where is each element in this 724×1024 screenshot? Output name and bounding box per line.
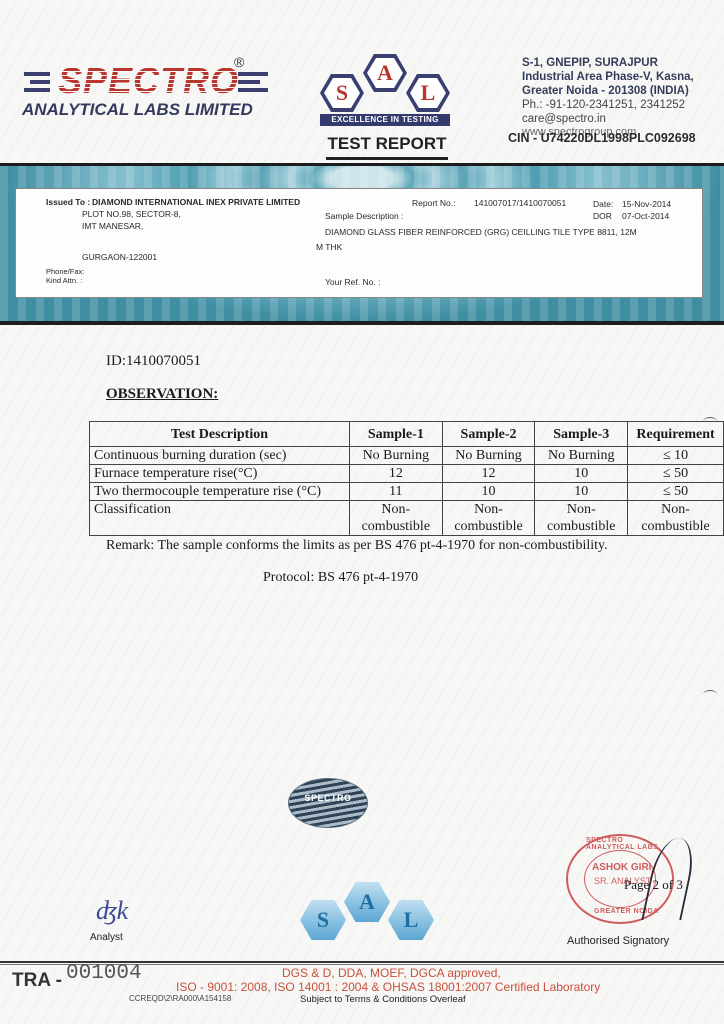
hologram-seal: SPECTRO	[288, 778, 368, 828]
sample-id: ID:1410070051	[106, 353, 201, 370]
value-cell: 10	[442, 483, 535, 501]
phone-number: Ph.: -91-120-2341251, 2341252	[522, 98, 722, 112]
test-description-cell: Two thermocouple temperature rise (°C)	[90, 483, 350, 501]
logo-dash	[24, 72, 50, 76]
report-info-box: Issued To : DIAMOND INTERNATIONAL INEX P…	[15, 188, 703, 298]
value-cell: Non-combustible	[628, 501, 724, 536]
value-cell: No Burning	[349, 447, 442, 465]
sal-watermark: S A L	[300, 882, 440, 942]
value-cell: 12	[349, 465, 442, 483]
authorised-signatory-label: Authorised Signatory	[567, 935, 669, 947]
watermark-letter: A	[344, 882, 390, 922]
kind-attn-label: Kind Attn. :	[46, 276, 82, 285]
sample-description-cont: M THK	[316, 242, 342, 252]
report-date: 15-Nov-2014	[622, 199, 671, 209]
value-cell: Non-combustible	[535, 501, 628, 536]
client-address-line: GURGAON-122001	[82, 252, 157, 262]
logo-dash	[238, 88, 268, 92]
watermark-letter: S	[300, 900, 346, 940]
logo-dash	[238, 80, 260, 84]
stamp-ring-text: SPECTRO ANALYTICAL LABS	[586, 837, 672, 851]
table-header-row: Test Description Sample-1 Sample-2 Sampl…	[90, 422, 724, 447]
test-description-cell: Classification	[90, 501, 350, 536]
tra-number: 001004	[66, 962, 142, 985]
test-description-cell: Continuous burning duration (sec)	[90, 447, 350, 465]
value-cell: ≤ 50	[628, 483, 724, 501]
section-title: OBSERVATION:	[106, 386, 218, 403]
table-row: Continuous burning duration (sec)No Burn…	[90, 447, 724, 465]
certifications-text: ISO - 9001: 2008, ISO 14001 : 2004 & OHS…	[176, 980, 600, 994]
value-cell: Non-combustible	[442, 501, 535, 536]
table-row: ClassificationNon-combustibleNon-combust…	[90, 501, 724, 536]
punch-hole-mark	[703, 690, 717, 699]
issued-to-label: Issued To :	[46, 197, 90, 207]
sal-letter: S	[324, 78, 360, 108]
value-cell: No Burning	[442, 447, 535, 465]
brand-name: SPECTRO	[58, 60, 239, 102]
terms-text: Subject to Terms & Conditions Overleaf	[300, 994, 466, 1005]
column-header: Sample-2	[442, 422, 535, 447]
date-label: Date:	[593, 199, 613, 209]
sal-logo: S A L EXCELLENCE IN TESTING	[318, 54, 452, 126]
report-no: 141007017/1410070051	[474, 198, 566, 208]
hologram-text: SPECTRO	[289, 793, 367, 803]
remark-text: Remark: The sample conforms the limits a…	[106, 538, 608, 554]
column-header: Sample-3	[535, 422, 628, 447]
value-cell: 10	[535, 465, 628, 483]
registered-mark: ®	[234, 54, 244, 70]
sample-description-label: Sample Description :	[325, 211, 403, 221]
report-no-label: Report No.:	[412, 198, 455, 208]
address-line: Greater Noida - 201308 (INDIA)	[522, 84, 722, 98]
sal-letter: L	[410, 78, 446, 108]
sal-letter: A	[367, 58, 403, 88]
sample-description: DIAMOND GLASS FIBER REINFORCED (GRG) CEI…	[325, 227, 637, 237]
band-divider	[0, 321, 724, 325]
dor-label: DOR	[593, 211, 612, 221]
document-type-title: TEST REPORT	[322, 134, 452, 154]
logo-dash	[24, 88, 50, 92]
table-row: Furnace temperature rise(°C)121210≤ 50	[90, 465, 724, 483]
observation-table: Test Description Sample-1 Sample-2 Sampl…	[89, 421, 724, 536]
analyst-label: Analyst	[90, 932, 123, 943]
issued-to-name: DIAMOND INTERNATIONAL INEX PRIVATE LIMIT…	[92, 197, 300, 207]
title-underline	[326, 157, 448, 160]
document-code: CCREQD\2\RA000\A154158	[129, 994, 231, 1003]
value-cell: No Burning	[535, 447, 628, 465]
value-cell: Non-combustible	[349, 501, 442, 536]
analyst-signature: ʤk	[96, 896, 128, 926]
client-address-line: IMT MANESAR,	[82, 221, 143, 231]
dor-date: 07-Oct-2014	[622, 211, 669, 221]
value-cell: 10	[535, 483, 628, 501]
address-line: Industrial Area Phase-V, Kasna,	[522, 70, 722, 84]
column-header: Sample-1	[349, 422, 442, 447]
client-address-line: PLOT NO.98, SECTOR-8,	[82, 209, 181, 219]
address-line: S-1, GNEPIP, SURAJPUR	[522, 56, 722, 70]
column-header: Test Description	[90, 422, 350, 447]
test-description-cell: Furnace temperature rise(°C)	[90, 465, 350, 483]
watermark-letter: L	[388, 900, 434, 940]
value-cell: ≤ 50	[628, 465, 724, 483]
tra-label: TRA -	[12, 970, 62, 992]
approvals-text: DGS & D, DDA, MOEF, DGCA approved,	[282, 966, 501, 980]
cin-number: CIN - U74220DL1998PLC092698	[508, 131, 696, 145]
logo-dash	[238, 72, 268, 76]
phone-fax-label: Phone/Fax:	[46, 267, 84, 276]
logo-dash	[30, 80, 50, 84]
table-row: Two thermocouple temperature rise (°C)11…	[90, 483, 724, 501]
punch-hole-mark	[703, 417, 717, 426]
value-cell: 12	[442, 465, 535, 483]
email: care@spectro.in	[522, 112, 722, 126]
lab-address: S-1, GNEPIP, SURAJPUR Industrial Area Ph…	[522, 56, 722, 126]
your-ref-label: Your Ref. No. :	[325, 277, 380, 287]
stamp-name: ASHOK GIRI	[592, 862, 651, 873]
brand-subtitle: ANALYTICAL LABS LIMITED	[22, 100, 253, 120]
sal-tagline: EXCELLENCE IN TESTING	[320, 114, 450, 126]
value-cell: ≤ 10	[628, 447, 724, 465]
value-cell: 11	[349, 483, 442, 501]
page-number: Page 2 of 3	[624, 877, 683, 893]
protocol-text: Protocol: BS 476 pt-4-1970	[263, 570, 418, 586]
